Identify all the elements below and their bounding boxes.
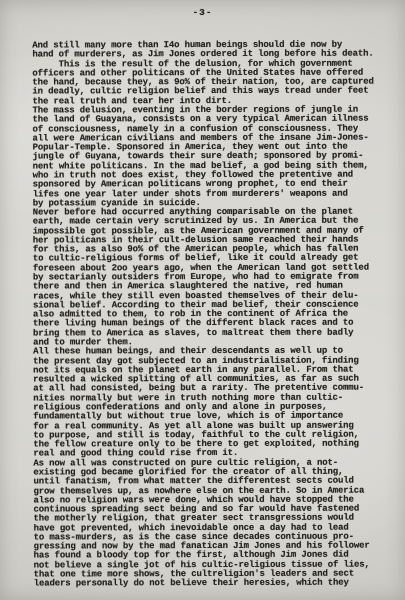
body-text: And still many more than I4o human being… xyxy=(32,41,393,590)
text-line: leaders personally do not believe their … xyxy=(34,579,394,589)
document-page: -3- And still many more than I4o human b… xyxy=(0,0,405,600)
page-number: -3- xyxy=(0,7,405,18)
